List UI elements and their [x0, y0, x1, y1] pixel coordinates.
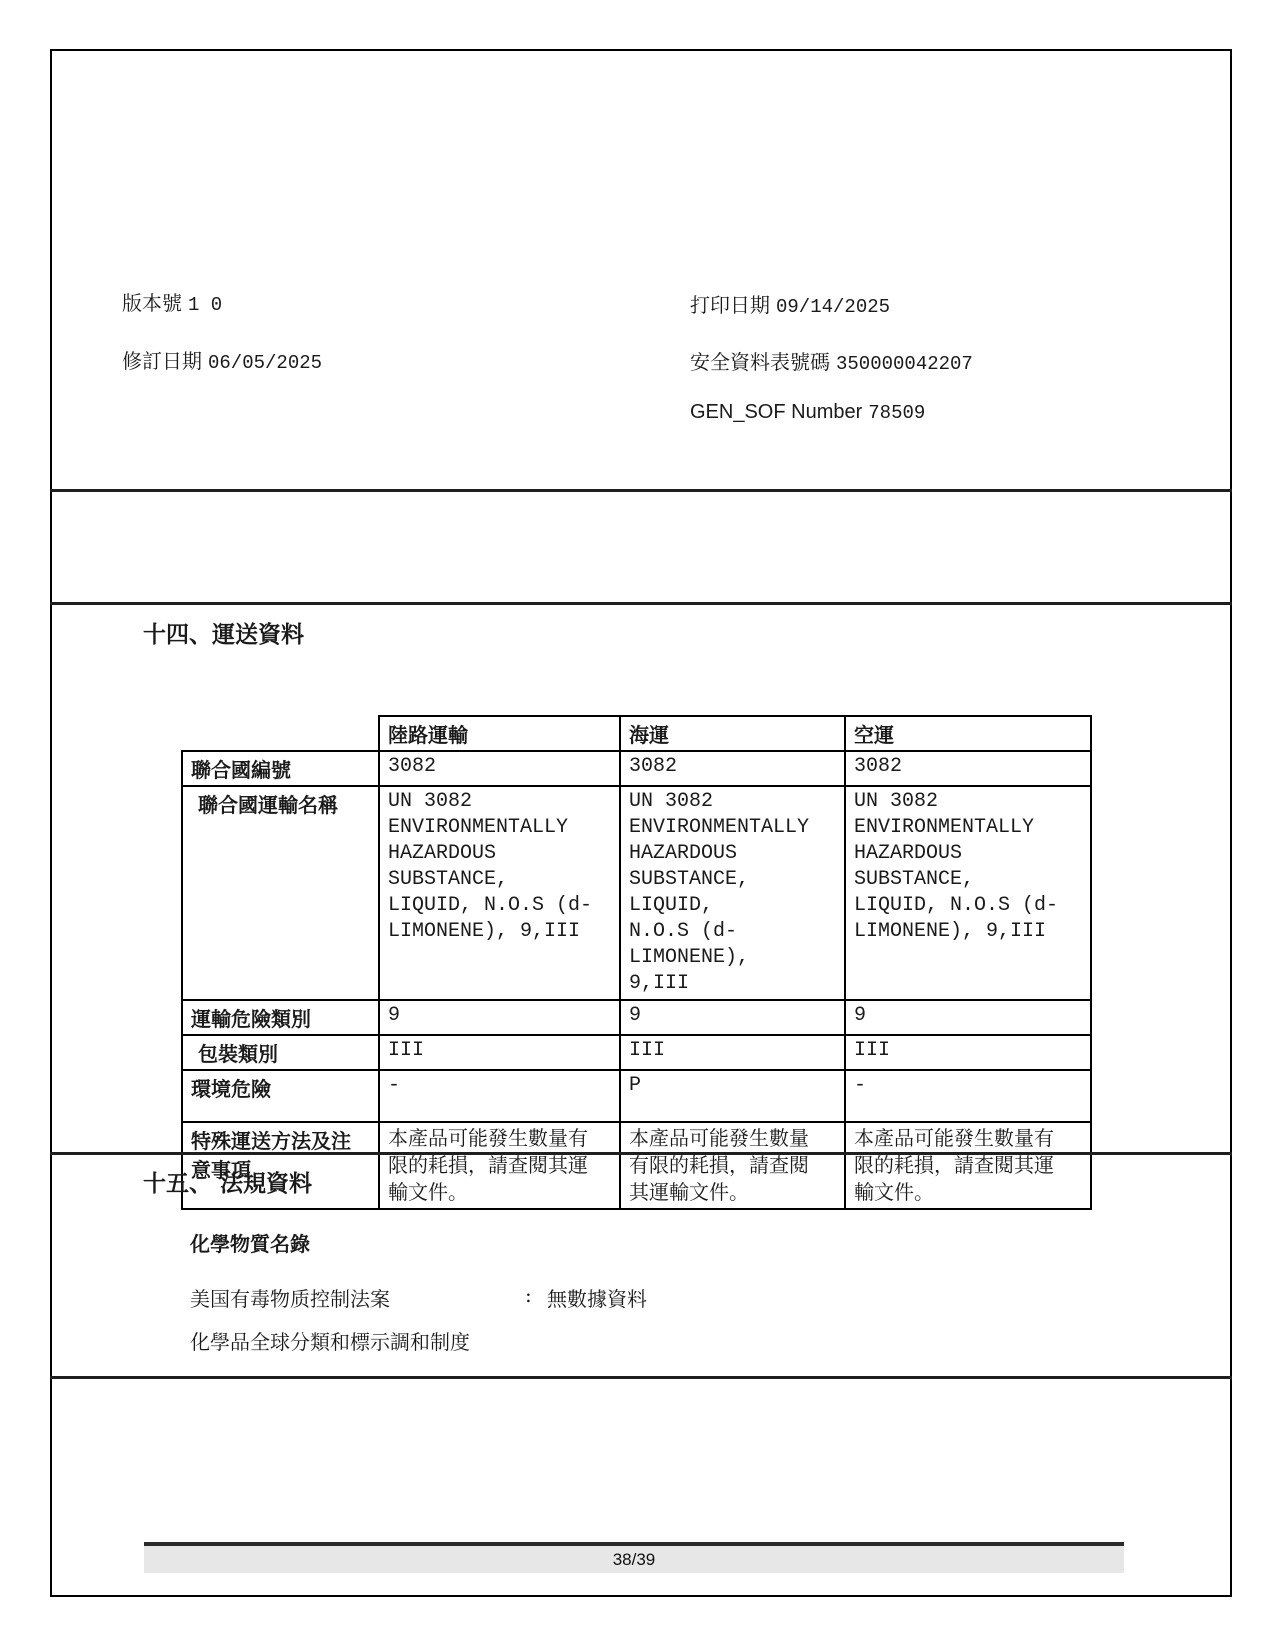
table-cell: UN 3082 ENVIRONMENTALLY HAZARDOUS SUBSTA… [620, 786, 845, 1000]
revision-date-label: 修訂日期 [122, 349, 202, 373]
tsca-value: 無數據資料 [547, 1283, 647, 1312]
table-header-row: 陸路運輸 海運 空運 [182, 716, 1091, 751]
table-cell: 本產品可能發生數量有 限的耗損，請查閱其運 輸文件。 [845, 1122, 1091, 1209]
row-label-hazard-class: 運輸危險類別 [182, 1000, 379, 1035]
table-cell: 3082 [845, 751, 1091, 786]
revision-date-value: 06/05/2025 [208, 352, 322, 374]
page-number: 38/39 [613, 1550, 656, 1570]
version-value: 1 0 [188, 294, 222, 316]
column-header-air: 空運 [845, 716, 1091, 751]
table-cell: 本產品可能發生數量 有限的耗損，請查閱 其運輸文件。 [620, 1122, 845, 1209]
revision-date-line: 修訂日期06/05/2025 [122, 345, 322, 374]
version-line: 版本號1 0 [122, 287, 222, 316]
table-cell: - [845, 1070, 1091, 1122]
sds-number-label: 安全資料表號碼 [690, 350, 830, 374]
table-cell: III [620, 1035, 845, 1070]
print-date-line: 打印日期09/14/2025 [690, 289, 890, 318]
table-row-packing-group: 包裝類別 III III III [182, 1035, 1091, 1070]
table-cell: 9 [620, 1000, 845, 1035]
ghs-line: 化學品全球分類和標示調和制度 [190, 1326, 470, 1355]
table-cell: 9 [379, 1000, 620, 1035]
document-page: 版本號1 0 修訂日期06/05/2025 打印日期09/14/2025 安全資… [0, 0, 1275, 1650]
table-cell: III [379, 1035, 620, 1070]
section14-top-rule [50, 602, 1232, 605]
row-label-shipping-name: 聯合國運輸名稱 [182, 786, 379, 1000]
gen-sof-line: GEN_SOF Number78509 [690, 399, 925, 424]
gen-sof-value: 78509 [868, 402, 925, 424]
gen-sof-label: GEN_SOF Number [690, 401, 862, 423]
row-label-packing-group: 包裝類別 [182, 1035, 379, 1070]
table-cell: P [620, 1070, 845, 1122]
footer-page-bar: 38/39 [144, 1542, 1124, 1573]
section15-title: 十五、 法規資料 [143, 1165, 312, 1198]
chemical-inventory-heading: 化學物質名錄 [190, 1228, 310, 1257]
column-header-land: 陸路運輸 [379, 716, 620, 751]
tsca-colon: : [525, 1283, 532, 1307]
table-row-special-precautions: 特殊運送方法及注意事項 本產品可能發生數量有 限的耗損，請查閱其運 輸文件。 本… [182, 1122, 1091, 1209]
table-blank-corner-cell [182, 716, 379, 751]
section14-title: 十四、運送資料 [143, 616, 304, 649]
table-cell: 3082 [379, 751, 620, 786]
table-cell: UN 3082 ENVIRONMENTALLY HAZARDOUS SUBSTA… [379, 786, 620, 1000]
row-label-environmental-hazard: 環境危險 [182, 1070, 379, 1122]
tsca-label: 美国有毒物质控制法案 [190, 1283, 390, 1312]
table-cell: 本產品可能發生數量有 限的耗損，請查閱其運 輸文件。 [379, 1122, 620, 1209]
sds-number-line: 安全資料表號碼350000042207 [690, 346, 973, 375]
column-header-sea: 海運 [620, 716, 845, 751]
table-cell: 9 [845, 1000, 1091, 1035]
bottom-section-rule [50, 1376, 1232, 1379]
table-row-hazard-class: 運輸危險類別 9 9 9 [182, 1000, 1091, 1035]
table-row-environmental-hazard: 環境危險 - P - [182, 1070, 1091, 1122]
print-date-value: 09/14/2025 [776, 296, 890, 318]
table-row-shipping-name: 聯合國運輸名稱 UN 3082 ENVIRONMENTALLY HAZARDOU… [182, 786, 1091, 1000]
table-cell: - [379, 1070, 620, 1122]
table-row-un-number: 聯合國編號 3082 3082 3082 [182, 751, 1091, 786]
section-divider-rule [50, 489, 1232, 492]
table-cell: UN 3082 ENVIRONMENTALLY HAZARDOUS SUBSTA… [845, 786, 1091, 1000]
transport-information-table: 陸路運輸 海運 空運 聯合國編號 3082 3082 3082 聯合國運輸名稱 … [181, 715, 1092, 1210]
table-cell: III [845, 1035, 1091, 1070]
print-date-label: 打印日期 [690, 293, 770, 317]
section15-top-rule [50, 1152, 1232, 1155]
sds-number-value: 350000042207 [836, 353, 973, 375]
table-cell: 3082 [620, 751, 845, 786]
version-label: 版本號 [122, 291, 182, 315]
row-label-un-number: 聯合國編號 [182, 751, 379, 786]
